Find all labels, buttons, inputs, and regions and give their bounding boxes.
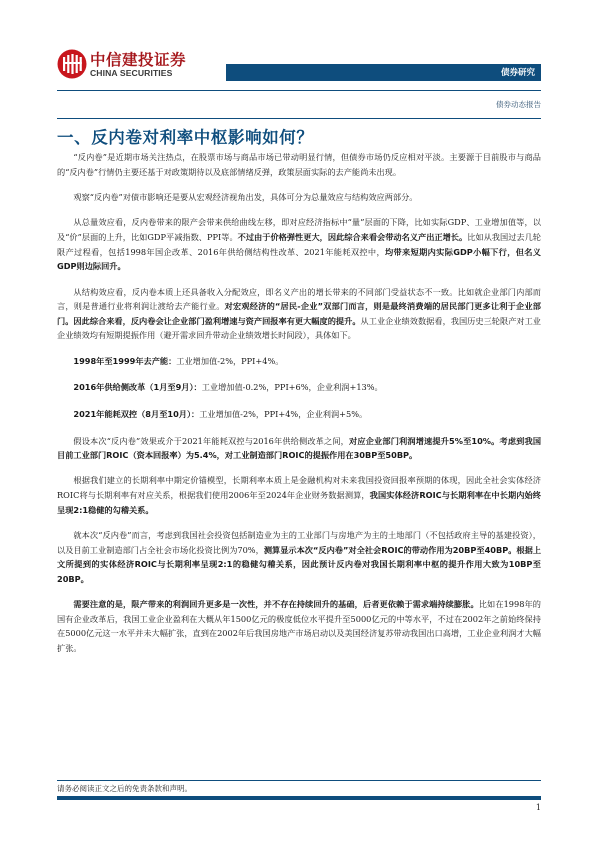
paragraph: 从结构效应看，反内卷本质上还具备收入分配效应，即名义产出的增长带来的不同部门受益… <box>57 285 541 343</box>
history-item: 1998年至1999年去产能：工业增加值-2%，PPI+4%。 <box>57 354 541 369</box>
body-text: 假设本次“反内卷”效果或介于2021年能耗双控与2016年供给侧改革之间， <box>73 436 349 446</box>
emphasis-text: 需要注意的是，限产带来的利润回升更多是一次性，并不存在持续回升的基础，后者更依赖… <box>73 599 478 609</box>
emphasis-text: 不过由于价格弹性更大，因此综合来看会带动名义产出正增长。 <box>238 232 468 242</box>
history-item-label: 2016年供给侧改革（1月至9月）： <box>73 382 201 392</box>
page-number: 1 <box>536 803 541 812</box>
paragraph: 从总量效应看，反内卷带来的限产会带来供给曲线左移，即对应经济指标中“量”层面的下… <box>57 215 541 273</box>
history-item-values: 工业增加值-2%，PPI+4%。 <box>176 356 283 366</box>
report-type: 债券动态报告 <box>496 99 541 110</box>
paragraph: 根据我们建立的长期利率中期定价锚模型，长期利率本质上是金融机构对未来我国投资回报… <box>57 473 541 517</box>
history-item-label: 1998年至1999年去产能： <box>73 356 176 366</box>
paragraph: 需要注意的是，限产带来的利润回升更多是一次性，并不存在持续回升的基础，后者更依赖… <box>57 597 541 655</box>
history-item-values: 工业增加值-0.2%，PPI+6%，企业利润+13%。 <box>202 382 383 392</box>
footer-bar <box>57 796 541 800</box>
paragraph: 观察“反内卷”对债市影响还是要从宏观经济视角出发，具体可分为总量效应与结构效应两… <box>57 190 541 205</box>
paragraph: 假设本次“反内卷”效果或介于2021年能耗双控与2016年供给侧改革之间，对应企… <box>57 434 541 463</box>
report-category: 债券研究 <box>501 66 535 78</box>
paragraph: 就本次“反内卷”而言，考虑到我国社会投资包括制造业为主的工业部门与房地产为主的土… <box>57 528 541 586</box>
history-item-values: 工业增加值-2%，PPI+4%，企业利润+5%。 <box>199 409 367 419</box>
disclaimer-note: 请务必阅读正文之后的免责条款和声明。 <box>57 783 192 794</box>
history-list: 1998年至1999年去产能：工业增加值-2%，PPI+4%。2016年供给侧改… <box>57 354 541 422</box>
section-divider <box>57 118 541 119</box>
history-item: 2021年能耗双控（8月至10月）：工业增加值-2%，PPI+4%，企业利润+5… <box>57 407 541 422</box>
paragraph: “反内卷”是近期市场关注热点，在股票市场与商品市场已带动明显行情，但债券市场仍反… <box>57 150 541 179</box>
header-category-bar: 债券研究 <box>226 64 541 81</box>
logo-chinese-name: 中信建投证券 <box>90 51 186 68</box>
footer-divider <box>57 780 541 781</box>
paragraphs-intro: “反内卷”是近期市场关注热点，在股票市场与商品市场已带动明显行情，但债券市场仍反… <box>57 150 541 343</box>
logo-english-name: CHINA SECURITIES <box>90 68 186 78</box>
company-logo: 中信建投证券 CHINA SECURITIES <box>57 49 186 79</box>
header-divider <box>57 90 541 91</box>
citic-logo-icon <box>57 49 87 79</box>
body-text: “反内卷”是近期市场关注热点，在股票市场与商品市场已带动明显行情，但债券市场仍反… <box>57 152 541 177</box>
section-title: 一、反内卷对利率中枢影响如何？ <box>57 124 314 148</box>
paragraphs-analysis: 假设本次“反内卷”效果或介于2021年能耗双控与2016年供给侧改革之间，对应企… <box>57 434 541 656</box>
history-item-label: 2021年能耗双控（8月至10月）： <box>73 409 199 419</box>
report-body: “反内卷”是近期市场关注热点，在股票市场与商品市场已带动明显行情，但债券市场仍反… <box>57 150 541 666</box>
body-text: 观察“反内卷”对债市影响还是要从宏观经济视角出发，具体可分为总量效应与结构效应两… <box>73 192 417 202</box>
history-item: 2016年供给侧改革（1月至9月）：工业增加值-0.2%，PPI+6%，企业利润… <box>57 380 541 395</box>
